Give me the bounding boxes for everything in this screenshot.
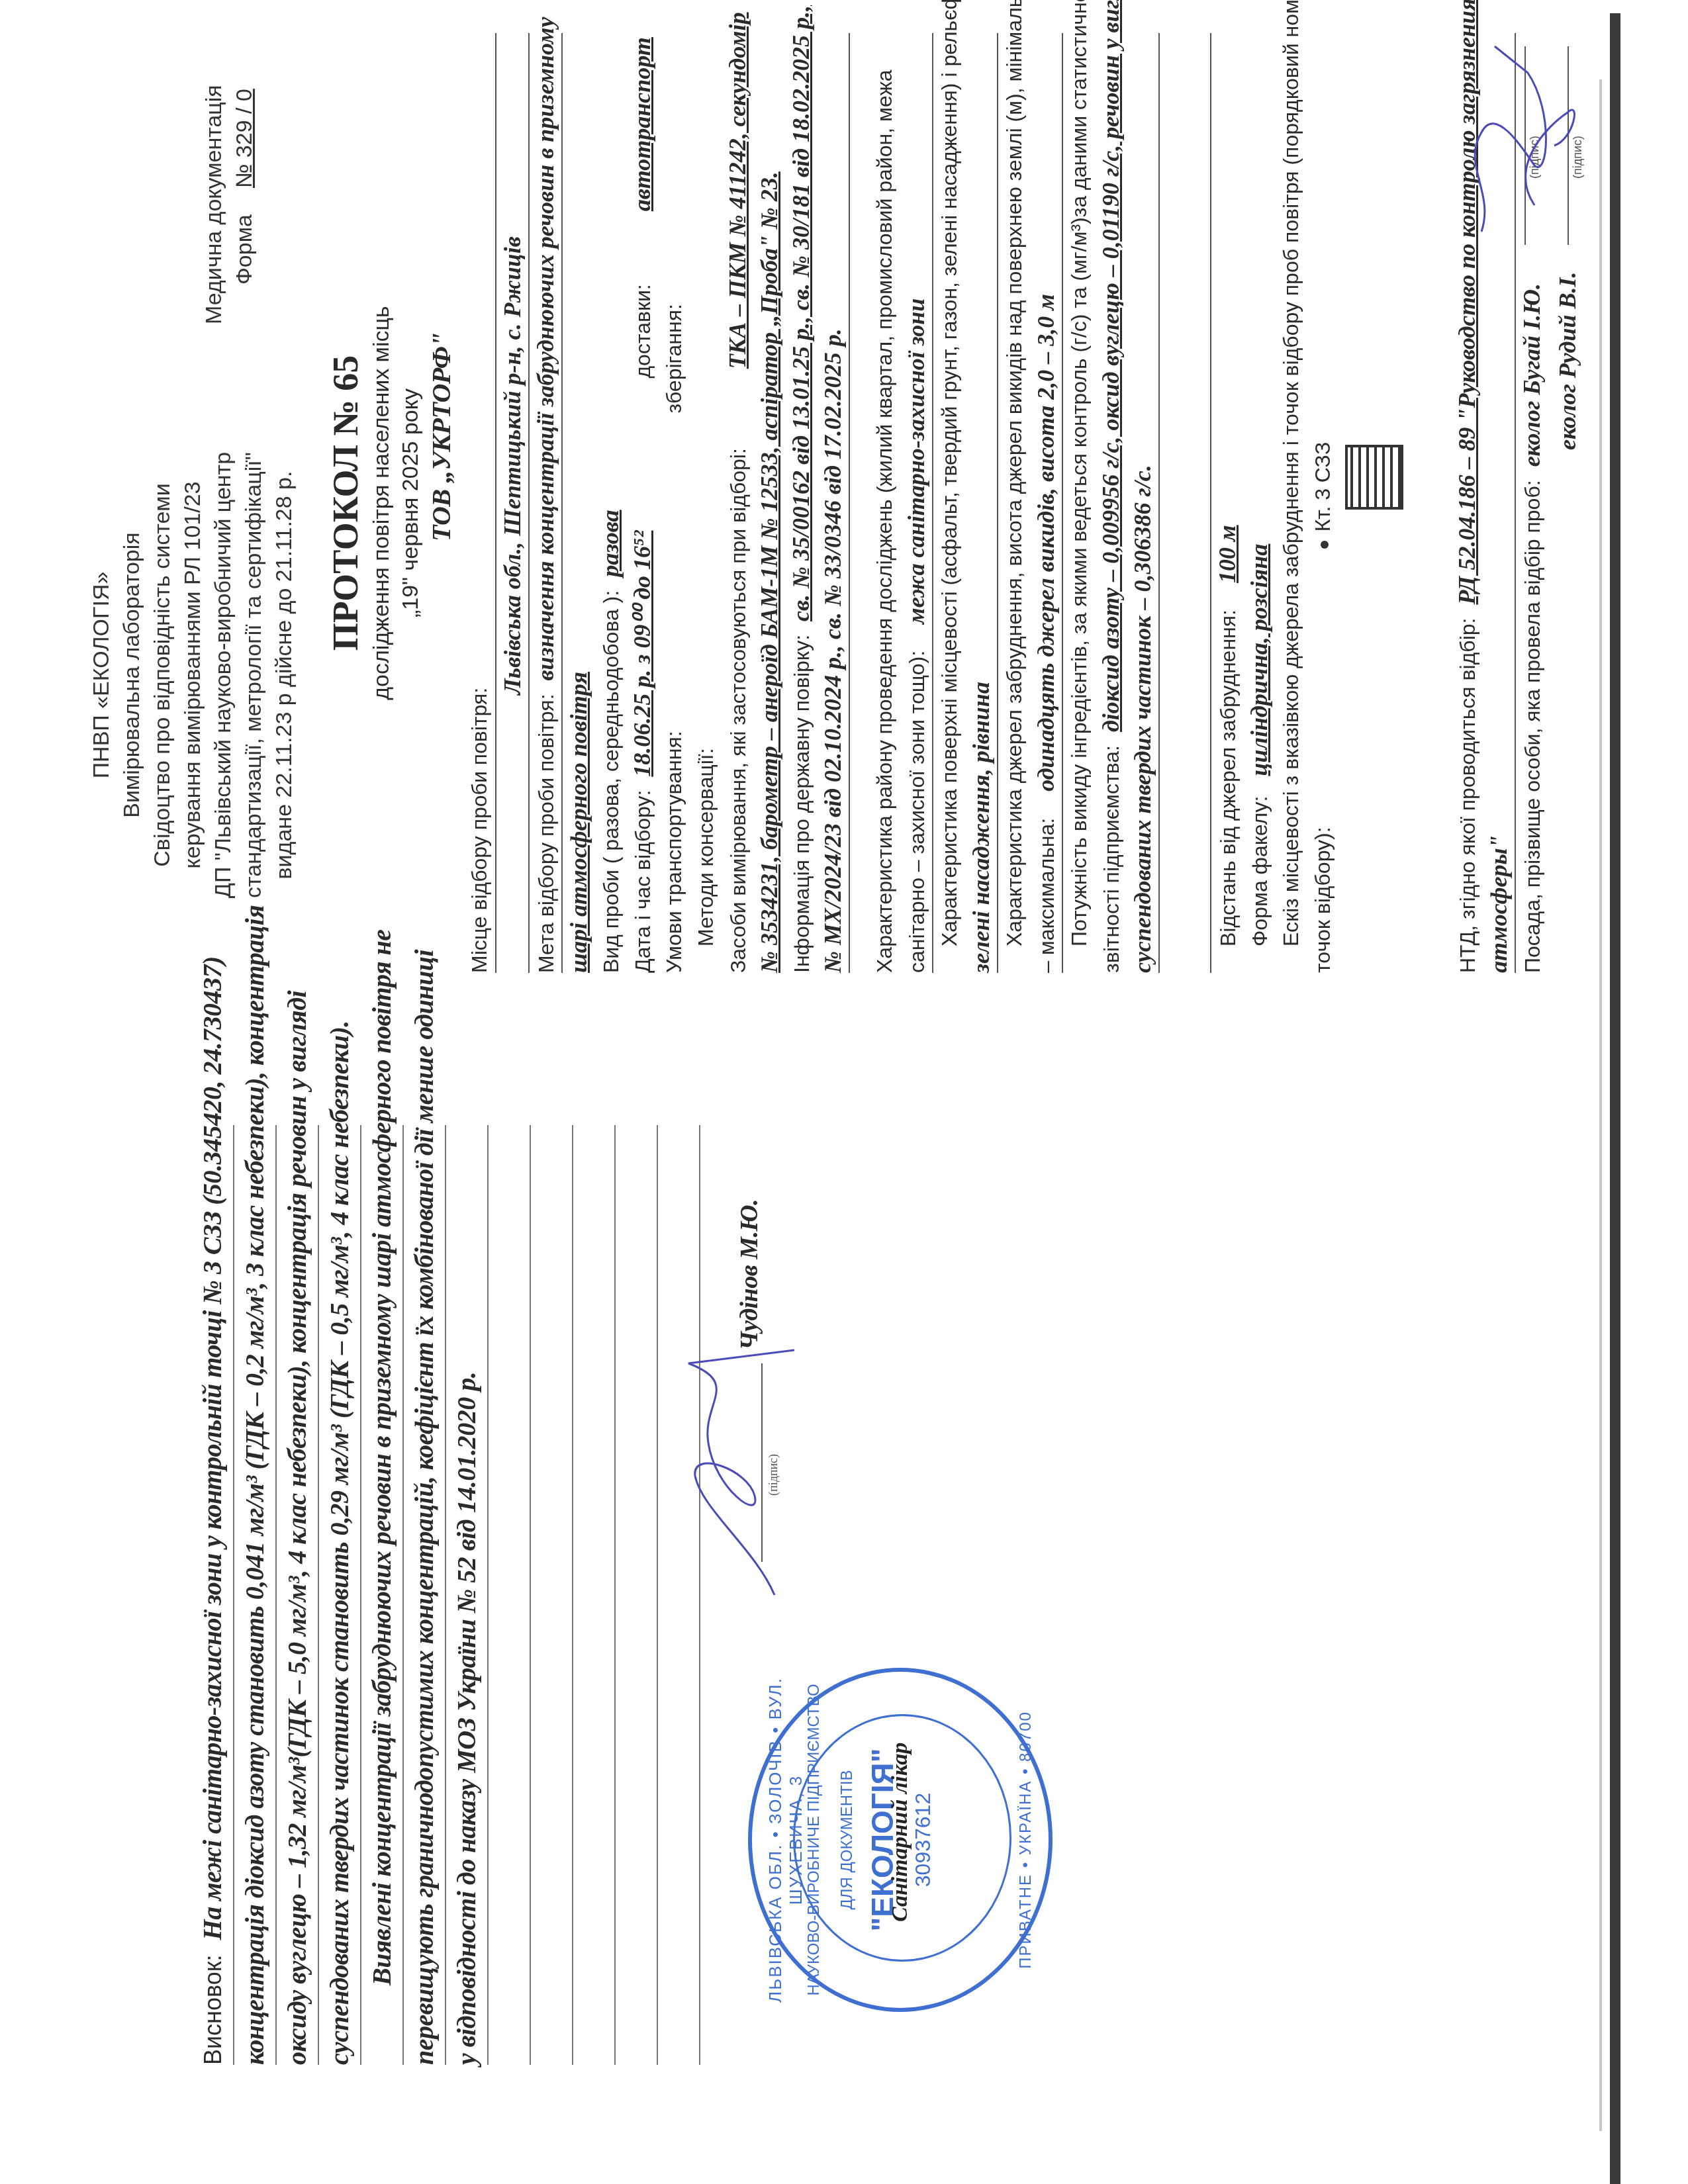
emission-row-3: суспендованих твердих частинок – 0,30638… — [1127, 33, 1160, 973]
org-line: стандартизації, метрології та сертифікац… — [238, 377, 269, 973]
delivery-value: автотранспорт — [629, 37, 655, 211]
sampler-signatures-icon — [1455, 33, 1587, 245]
district-row-2: санітарно – захисної зони тощо):межа сан… — [900, 33, 933, 973]
blank-line — [1178, 33, 1211, 973]
conclusion-line-3: оксиду вуглецю – 1,32 мг/м³(ГДК – 5,0 мг… — [277, 1125, 319, 2065]
instruments-row-2: № 3534231, барометр – анероїд БАМ-1М № 1… — [753, 33, 785, 973]
sources-row: Характеристика джерел забруднення, висот… — [998, 33, 1030, 973]
org-line: ДП "Львівський науково-виробничий центр — [208, 377, 238, 973]
conclusion-line-5: Виявлені концентрації забруднюючих речов… — [361, 1125, 404, 2065]
verification-value: св. № 35/00162 від 13.01.25 р., св. № 30… — [788, 5, 814, 621]
company-name: ТОВ „УКРТОРФ" — [425, 33, 458, 973]
conclusion-label: Висновок: — [199, 1954, 226, 2065]
instruments-value: ТКА – ПКМ № 411242, секундомір — [724, 13, 751, 369]
stamp-bottom-text: ПРИВАТНЕ • УКРАЇНА • 80700 — [1017, 1672, 1035, 2008]
protocol-title: ПРОТОКОЛ № 65 дослідження повітря населе… — [324, 33, 458, 973]
verification-row: Інформація про державну повірку:св. № 35… — [785, 33, 817, 973]
sources-value: одинадцять джерел викидів, висота 2,0 – … — [1033, 294, 1059, 792]
conclusion-column: Висновок:На межі санітарно-захисної зони… — [0, 1105, 1688, 2065]
signature-line — [761, 1363, 763, 1562]
org-line: керування вимірюваннями РЛ 101/23 — [177, 377, 208, 973]
conservation-row: Методи консервації: — [690, 33, 722, 973]
signer-role: Санітарний лікар — [888, 1743, 913, 1922]
blank-line — [531, 1125, 573, 2065]
blank-line — [489, 1125, 531, 2065]
purpose-row-2: шарі атмосферного повітря — [563, 33, 594, 973]
sampling-point-icon — [1321, 541, 1329, 549]
rotated-document-page: Висновок:На межі санітарно-захисної зони… — [0, 0, 1688, 2184]
conclusion-signature-block: (підпис) Чудінов М.Ю. — [715, 1125, 847, 1602]
district-value: межа санітарно-захисної зони — [903, 298, 929, 624]
protocol-number: ПРОТОКОЛ № 65 — [324, 33, 367, 973]
sample-datetime-value: 18.06.25 р. з 09⁰⁰ до 16⁵² — [629, 531, 655, 777]
datetime-row: Дата і час відбору:18.06.25 р. з 09⁰⁰ до… — [626, 33, 658, 973]
surface-row-2: зелені насадження, рівнина — [965, 33, 998, 973]
transport-row: Умови транспортування:зберігання: — [658, 33, 690, 973]
place-value: Львівська обл., Шептицький р-н, с. Ржиці… — [499, 236, 526, 695]
medical-documentation-label: Медична документація — [199, 33, 229, 324]
surface-row: Характеристика поверхні місцевості (асфа… — [933, 33, 965, 973]
laboratory-header: ПНВП «ЕКОЛОГІЯ» Вимірювальна лабораторія… — [86, 377, 299, 973]
protocol-column: ПНВП «ЕКОЛОГІЯ» Вимірювальна лабораторія… — [0, 33, 1688, 973]
sketch-area — [1338, 33, 1411, 973]
blank-line — [573, 1125, 616, 2065]
protocol-date: „19" червня 2025 року — [396, 33, 425, 973]
place-row: Місце відбору проби повітря: — [463, 33, 496, 973]
sketch-row: Ескіз місцевості з вказівкою джерела заб… — [1275, 33, 1307, 973]
purpose-value: визначення концентрації забруднюючих реч… — [532, 17, 559, 681]
emission-row-2: звітності підприємства:діоксид азоту – 0… — [1095, 33, 1127, 973]
surface-value: зелені насадження, рівнина — [968, 682, 994, 973]
form-header: Медична документація Форма№ 329 / 0 — [199, 33, 259, 324]
protocol-form: Місце відбору проби повітря: Львівська о… — [463, 33, 1587, 973]
instruments-row: Засоби вимірювання, які застосовуються п… — [722, 33, 753, 973]
stamp-sub-text: ДЛЯ ДОКУМЕНТІВ — [838, 1672, 857, 2008]
conclusion-line-4: суспендованих твердих частинок становить… — [319, 1125, 361, 2065]
distance-value: 100 м — [1214, 525, 1241, 583]
type-row: Вид проби ( разова, середньодобова ):раз… — [594, 33, 626, 973]
conclusion-line-6: перевищують граничнодопустимих концентра… — [404, 1125, 446, 2065]
district-row: Характеристика району проведення дослідж… — [868, 33, 900, 973]
torch-row: Форма факелу:циліндрична, розсіяна — [1243, 33, 1275, 973]
verification-row-2: № МХ/2024/23 від 02.10.2024 р., св. № 33… — [817, 33, 850, 973]
conclusion-line-1: Висновок:На межі санітарно-захисної зони… — [192, 1125, 234, 2065]
org-line: видане 22.11.23 р дійсне до 21.11.28 р. — [269, 377, 299, 973]
stamp-inner-text: НАУКОВО-ВИРОБНИЧЕ ПІДПРИЄМСТВО — [805, 1672, 823, 2008]
form-label: Форма — [232, 214, 257, 285]
handwritten-signature-icon — [675, 1324, 808, 1602]
building-grid-icon — [1345, 445, 1403, 510]
protocol-subtitle: дослідження повітря населених місць — [367, 33, 396, 973]
conclusion-line-2: концентрація діоксид азоту становить 0,0… — [234, 1125, 277, 2065]
torch-value: циліндрична, розсіяна — [1246, 544, 1272, 776]
organization-stamp: ЛЬВІВСЬКА ОБЛ. • ЗОЛОЧІВ • ВУЛ. ШУХЕВИЧА… — [748, 1668, 1053, 2012]
signature-caption: (підпис) — [767, 1454, 780, 1496]
sampler-1: еколог Бугай І.Ю. — [1519, 283, 1545, 467]
org-name: ПНВП «ЕКОЛОГІЯ» — [86, 377, 117, 973]
conclusion-block: Висновок:На межі санітарно-захисної зони… — [192, 1125, 700, 2065]
org-line: Свідоцтво про відповідність системи — [147, 377, 177, 973]
sampler-2: еколог Рудий В.І. — [1554, 271, 1581, 450]
emission-row: Потужність викиду інгредієнтів, за якими… — [1063, 33, 1095, 973]
sketch-row-2: точок відбору):Кт. 3 СЗЗ — [1307, 33, 1338, 973]
distance-row: Відстань від джерел забруднення:100 м — [1211, 33, 1243, 973]
sample-type-value: разова — [597, 510, 624, 576]
sources-row-2: – максимальна:одинадцять джерел викидів,… — [1030, 33, 1063, 973]
form-number: № 329 / 0 — [232, 89, 257, 188]
purpose-row: Мета відбору проби повітря:визначення ко… — [530, 33, 563, 973]
sampling-point-label: Кт. 3 СЗЗ — [1311, 442, 1335, 532]
conclusion-line-7: у відповідності до наказу МОЗ України № … — [446, 1125, 489, 2065]
blank-line — [616, 1125, 658, 2065]
place-value-row: Львівська обл., Шептицький р-н, с. Ржиці… — [496, 33, 530, 973]
stamp-name: "ЕКОЛОГІЯ" — [865, 1672, 900, 2008]
stamp-code: 30937612 — [911, 1672, 935, 2008]
signer-name: Чудінов М.Ю. — [735, 1199, 764, 1350]
org-line: Вимірювальна лабораторія — [117, 377, 147, 973]
stamp-outer-text: ЛЬВІВСЬКА ОБЛ. • ЗОЛОЧІВ • ВУЛ. ШУХЕВИЧА… — [765, 1672, 806, 2008]
emission-value: діоксид азоту – 0,009956 г/с, оксид вугл… — [1098, 0, 1124, 732]
